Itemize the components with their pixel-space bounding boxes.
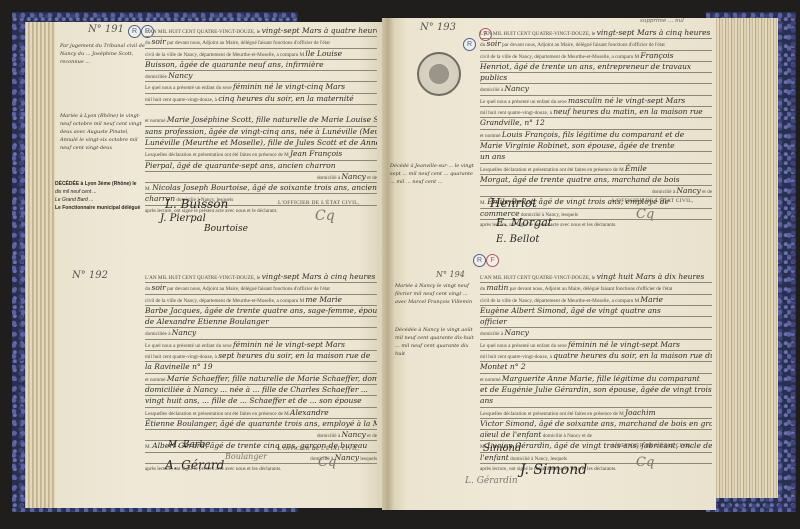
act-line: Buisson, âgée de quarante neuf ans, infi… — [145, 60, 377, 71]
officer-signature: Cq — [636, 455, 654, 470]
act-line: domiciliée à Nancy ... née à ... fille d… — [145, 385, 377, 396]
act-line: du soir par devant nous, Adjoint au Mair… — [145, 37, 377, 48]
city-seal-icon — [417, 52, 461, 96]
act-line: et nommé Marguerite Anne Marie, fille lé… — [480, 374, 712, 385]
signature: L. Buisson — [165, 197, 228, 211]
act-line: Pierpal, âgé de quarante-sept ans, ancie… — [145, 161, 377, 172]
signature: Bourtoise — [204, 224, 248, 234]
act-line: Lesquelles déclaration et présentation o… — [480, 164, 712, 175]
act-line: civil de la ville de Nancy, département … — [145, 295, 377, 306]
act-line: de Alexandre Etienne Boulanger — [145, 317, 377, 328]
act-line: civil de la ville de Nancy, département … — [145, 49, 377, 60]
stamp-f-icon: F — [486, 254, 499, 267]
act-line: civil de la ville de Nancy, département … — [480, 295, 712, 306]
act-line: Lesquelles déclaration et présentation o… — [145, 149, 377, 160]
officer-label: L'OFFICIER DE L'ÉTAT CIVIL, — [278, 200, 360, 206]
act-line: Barbe Jacques, âgée de trente quatre ans… — [145, 306, 377, 317]
act-line: la Ravinelle n° 19 — [145, 362, 377, 373]
signature: Simond — [483, 443, 521, 454]
act-line: Lesquelles déclaration et présentation o… — [145, 408, 377, 419]
act-line: domiciliée Nancy — [145, 71, 377, 82]
top-note: supprimé ... nul — [640, 18, 684, 24]
act-line: Morgat, âgé de trente quatre ans, marcha… — [480, 175, 712, 186]
act-line: Marie Virginie Robinet, son épouse, âgée… — [480, 141, 712, 152]
act-line: mil huit cent quatre-vingt-douze, à sept… — [145, 351, 377, 362]
book-gutter — [382, 18, 394, 510]
officer-label: L'OFFICIER DE L'ÉTAT CIVIL, — [612, 443, 694, 449]
death-note-line3: Le Grand Bard ... — [55, 196, 150, 204]
act-line: et de Eugénie Julie Gérardin, son épouse… — [480, 385, 712, 396]
act-line: du matin par devant nous, Adjoint au Mai… — [480, 283, 712, 294]
death-note-signature-line: Le Fonctionnaire municipal délégué — [55, 204, 150, 212]
act-line: et nommé Louis François, fils légitime d… — [480, 130, 712, 141]
signature: M. Barbe — [168, 440, 210, 450]
officer-signature: Cq — [315, 208, 335, 224]
act-line: domicilié à Nancy — [480, 328, 712, 339]
signature: J. Pierpal — [160, 213, 206, 224]
act-number-191: N° 191 — [88, 24, 124, 35]
act-191-text: L'AN MIL HUIT CENT QUATRE-VINGT-DOUZE, l… — [145, 26, 377, 216]
signature: L. Gérardin — [465, 476, 518, 486]
act-line: L'AN MIL HUIT CENT QUATRE-VINGT-DOUZE, l… — [480, 272, 712, 283]
act-line: du soir par devant nous, Adjoint au Mair… — [480, 39, 712, 50]
act-line: Grandville, n° 12 — [480, 118, 712, 129]
act-line: Le quel nous a présenté un enfant du sex… — [145, 340, 377, 351]
margin-note-death: Décédé à Jeanville-sur-... le vingt sept… — [390, 162, 474, 186]
act-line: après lecture, ont signé le présent acte… — [480, 464, 712, 474]
margin-note-judgment: Par jugement du Tribunal civil de Nancy … — [60, 42, 148, 66]
page-edges-right — [716, 18, 778, 498]
signature: Boulanger — [225, 452, 267, 461]
act-line: aïeul de l'enfant domicilié à Nancy et d… — [480, 430, 712, 441]
act-number-194: N° 194 — [436, 270, 465, 279]
signature: J. Simond — [520, 462, 587, 478]
act-line: L'AN MIL HUIT CENT QUATRE-VINGT-DOUZE, l… — [145, 26, 377, 37]
act-line: L'AN MIL HUIT CENT QUATRE-VINGT-DOUZE, l… — [480, 28, 712, 39]
act-line: Étienne Boulanger, âgé de quarante trois… — [145, 419, 377, 430]
officer-signature: Cq — [636, 207, 654, 222]
act-line: domicilié à Nancy et de — [145, 172, 377, 183]
act-line: mil huit cent quatre-vingt-douze, à neuf… — [480, 107, 712, 118]
act-line: et nommé Marie Schaeffer, fille naturell… — [145, 374, 377, 385]
margin-note-marriage: Mariée à Nancy le vingt neuf février mil… — [395, 282, 475, 306]
signature: E. Bellot — [496, 234, 539, 245]
death-note-label: DÉCÉDÉE à Lyon 3ème (Rhône) le — [55, 180, 150, 188]
act-line: Henriot, âgé de trente un ans, entrepren… — [480, 62, 712, 73]
act-line: publics — [480, 73, 712, 84]
act-line: mil huit cent quatre-vingt-douze, à quat… — [480, 351, 712, 362]
act-line: un ans — [480, 152, 712, 163]
act-line: Lunéville (Meurthe et Moselle), fille de… — [145, 138, 377, 149]
act-line: domicilié à Nancy — [480, 84, 712, 95]
act-line: Lesquelles déclaration et présentation o… — [480, 408, 712, 419]
act-line: ans — [480, 396, 712, 407]
act-line: mil huit cent quatre-vingt-douze, à cinq… — [145, 94, 377, 105]
signature: E. Morgat — [496, 216, 552, 229]
stamp-r-icon: R — [463, 38, 476, 51]
officer-label: L'OFFICIER DE L'ÉTAT CIVIL, — [278, 446, 360, 452]
act-line: Le quel nous a présenté un enfant du sex… — [480, 340, 712, 351]
act-number-193: N° 193 — [420, 22, 456, 33]
stamp-r-icon: R — [473, 254, 486, 267]
officer-label: L'OFFICIER DE L'ÉTAT CIVIL, — [612, 198, 694, 204]
death-note: DÉCÉDÉE à Lyon 3ème (Rhône) le dix mil n… — [55, 180, 150, 212]
act-line: du soir par devant nous, Adjoint au Mair… — [145, 283, 377, 294]
act-line: sans profession, âgée de vingt-cinq ans,… — [145, 127, 377, 138]
death-note-line2: dix mil neuf cent ... — [55, 188, 150, 196]
act-line: L'AN MIL HUIT CENT QUATRE-VINGT-DOUZE, l… — [145, 272, 377, 283]
signature: Henriot — [490, 196, 537, 210]
act-number-192: N° 192 — [72, 270, 108, 281]
officer-signature: Cq — [318, 455, 336, 470]
act-line: civil de la ville de Nancy, département … — [480, 51, 712, 62]
act-line: Montet n° 2 — [480, 362, 712, 373]
act-line: officier — [480, 317, 712, 328]
act-line: et nommé Marie Joséphine Scott, fille na… — [145, 115, 377, 126]
act-line: domiciliée à Nancy — [145, 328, 377, 339]
act-line: Le quel nous a présenté un enfant du sex… — [145, 82, 377, 93]
stamp-r-icon: R — [128, 25, 141, 38]
margin-note-death: Décédée à Nancy le vingt août mil neuf c… — [395, 326, 475, 358]
margin-note-marriage: Mariée à Lyon (Rhône) le vingt-neuf octo… — [60, 112, 148, 152]
act-line: vingt huit ans, ... fille de ... Schaeff… — [145, 396, 377, 407]
act-line: Le quel nous a présenté un enfant du sex… — [480, 96, 712, 107]
act-line: Eugène Albert Simond, âgé de vingt quatr… — [480, 306, 712, 317]
signature: A. Gérard — [165, 458, 224, 472]
page-edges-left — [25, 22, 55, 508]
act-line: M. Nicolas Joseph Bourtoise, âgé de soix… — [145, 183, 377, 194]
act-line: l'enfant domicilié à Nancy, lesquels — [480, 453, 712, 464]
act-line: Victor Simond, âgé de soixante ans, marc… — [480, 419, 712, 430]
